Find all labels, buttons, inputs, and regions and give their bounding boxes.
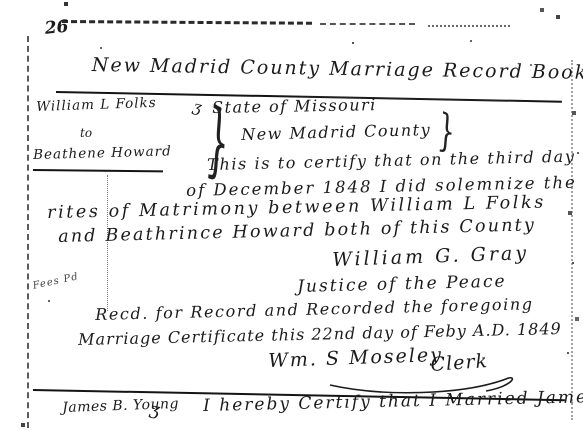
margin-underline [33, 169, 163, 172]
certificate-line-4: and Beathrince Howard both of this Count… [58, 217, 536, 246]
scan-left-edge [27, 36, 29, 428]
scan-noise-band [62, 20, 312, 25]
page-number: 26 [44, 19, 69, 38]
heading-brace-icon: } [436, 108, 456, 155]
recording-line-1: Recd. for Record and Recorded the forego… [95, 296, 534, 323]
marriage-record-scan: 26 New Madrid County Marriage Record Boo… [0, 0, 583, 431]
margin-brace-icon: ʒ [191, 99, 203, 116]
margin-groom-name: William L Folks [36, 97, 157, 115]
page-title: New Madrid County Marriage Record Book E [92, 56, 583, 83]
fee-note: Fees Pd [32, 272, 80, 291]
state-heading: State of Missouri [212, 97, 377, 116]
officiant-signature: William G. Gray [332, 244, 529, 270]
scan-specks [0, 0, 2, 2]
clerk-signature: Wm. S Moseley [268, 346, 443, 371]
next-entry-brace-icon: ʒ [148, 401, 161, 420]
county-heading: New Madrid County [241, 122, 431, 143]
officiant-title: Justice of the Peace [297, 274, 507, 296]
margin-connector: to [80, 127, 92, 139]
scan-noise-band [428, 25, 510, 27]
next-entry-margin-name: James B. Young [62, 397, 179, 415]
recording-line-2: Marriage Certificate this 22nd day of Fe… [78, 321, 562, 348]
certificate-line-1: This is to certify that on the third day [207, 149, 576, 173]
margin-bride-name: Beathene Howard [33, 145, 172, 162]
scan-right-edge [571, 60, 573, 420]
scan-noise-band [320, 23, 415, 25]
